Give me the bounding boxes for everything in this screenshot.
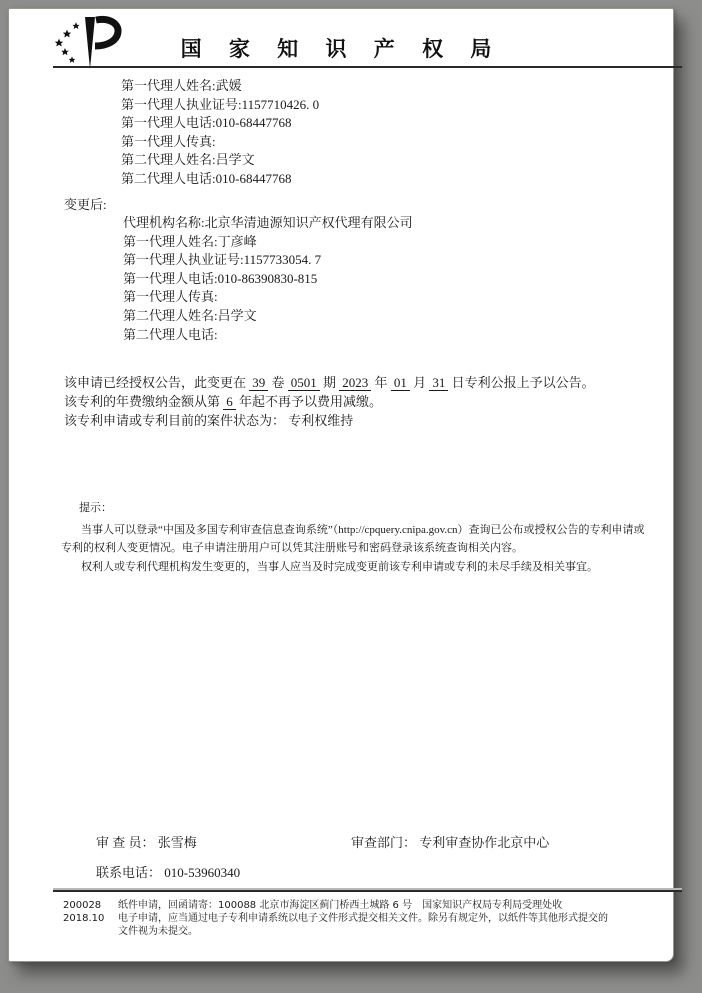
page-title: 国 家 知 识 产 权 局 (9, 33, 673, 63)
notice-label: 提示： (79, 501, 112, 515)
examiner-name: 张雪梅 (158, 835, 197, 850)
examiner-line: 审 查 员： 张雪梅 (96, 832, 197, 851)
footer-text-line: 纸件申请，回函请寄：100088 北京市海淀区蓟门桥西土城路 6 号 国家知识产… (118, 900, 562, 912)
announcement-line: 该申请已经授权公告，此变更在 39 卷 0501 期 2023 年 01 月 3… (64, 375, 595, 391)
agent-line: 第二代理人姓名:吕学文 (123, 308, 257, 324)
case-status-line: 该专利申请或专利目前的案件状态为： 专利权维持 (64, 413, 353, 429)
agent-line: 第一代理人执业证号:1157733054. 7 (123, 252, 321, 268)
agent-line: 代理机构名称:北京华清迪源知识产权代理有限公司 (123, 215, 413, 231)
document-page: 国 家 知 识 产 权 局 第一代理人姓名:武媛 第一代理人执业证号:11577… (8, 8, 674, 962)
examiner-label: 审 查 员： (96, 835, 155, 850)
notice-line: 权利人或专利代理机构发生变更的，当事人应当及时完成变更前该专利申请或专利的未尽手… (81, 560, 598, 574)
notice-line: 当事人可以登录“中国及多国专利审查信息查询系统”（http://cpquery.… (81, 523, 645, 537)
agent-line: 第一代理人传真: (121, 134, 216, 150)
form-date: 2018.10 (63, 913, 104, 925)
agent-line: 第一代理人执业证号:1157710426. 0 (121, 97, 319, 113)
agent-line: 第一代理人电话:010-86390830-815 (123, 271, 317, 287)
footer-text-line: 电子申请，应当通过电子专利申请系统以电子文件形式提交相关文件。除另有规定外，以纸… (118, 913, 608, 925)
department-name: 专利审查协作北京中心 (419, 835, 549, 850)
star-icon (72, 22, 79, 29)
phone-number: 010-53960340 (164, 865, 240, 880)
agent-line: 第一代理人传真: (123, 289, 218, 305)
agent-line: 第一代理人姓名:丁彦峰 (123, 234, 257, 250)
agent-line: 第二代理人电话:010-68447768 (121, 171, 291, 187)
form-code: 200028 (63, 900, 101, 912)
notice-line: 专利的权利人变更情况。电子申请注册用户可以凭其注册账号和密码登录该系统查询相关内… (61, 541, 523, 555)
department-label: 审查部门： (351, 835, 416, 850)
after-change-label: 变更后: (64, 197, 107, 213)
agent-line: 第一代理人电话:010-68447768 (121, 115, 291, 131)
header-divider (53, 66, 682, 68)
scanned-document-canvas: { "colors": { "page": "#ffffff", "backgr… (0, 0, 702, 993)
footer-text-line: 文件视为未提交。 (118, 926, 198, 938)
agent-line: 第二代理人电话: (123, 327, 218, 343)
contact-phone-line: 联系电话： 010-53960340 (96, 862, 240, 881)
footer-divider (53, 890, 682, 892)
announcement-line: 该专利的年费缴纳金额从第 6 年起不再予以费用减缴。 (64, 394, 382, 410)
agent-line: 第一代理人姓名:武媛 (121, 78, 242, 94)
phone-label: 联系电话： (96, 865, 161, 880)
agent-line: 第二代理人姓名:吕学文 (121, 152, 255, 168)
department-line: 审查部门： 专利审查协作北京中心 (351, 832, 549, 851)
